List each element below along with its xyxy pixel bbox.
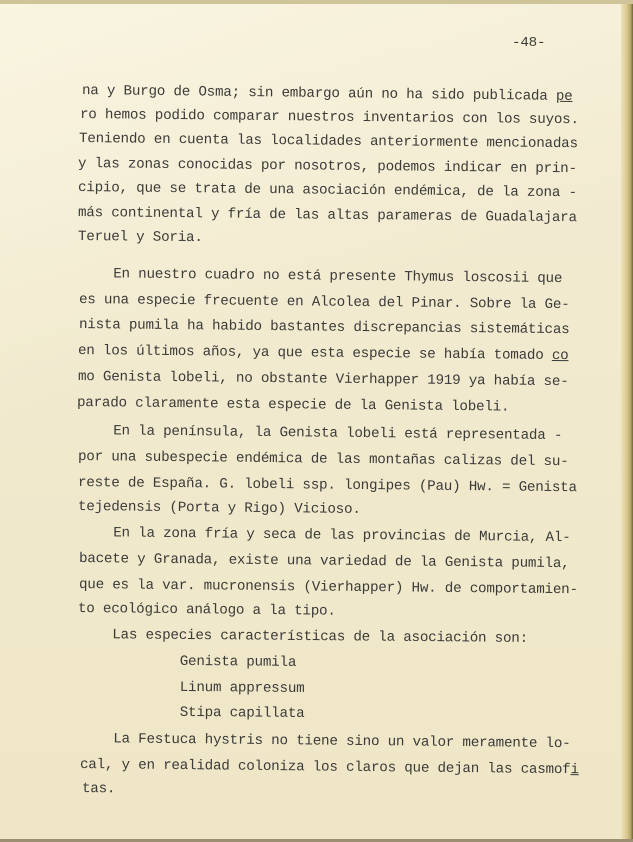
typed-page: -48- na y Burgo de Osma; sin embargo aún…	[0, 0, 633, 842]
text-line: En la zona fría y seca de las provincias…	[80, 526, 571, 545]
text-line: Stipa capillata	[80, 705, 305, 721]
text-line: más continental y fría de las altas para…	[78, 206, 577, 225]
text-line: y las zonas conocidas por nosotros, pode…	[78, 157, 577, 176]
text-line: na y Burgo de Osma; sin embargo aún no h…	[82, 84, 573, 104]
text-line: Teruel y Soria.	[78, 230, 203, 245]
text-line: cipio, que se trata de una asociación en…	[78, 181, 577, 200]
text-line: cal, y en realidad coloniza los claros q…	[80, 758, 579, 777]
text-line: reste de España. G. lobeli ssp. longipes…	[78, 476, 577, 495]
text-line: nista pumila ha habido bastantes discrep…	[79, 318, 570, 337]
text-line: por una subespecie endémica de las monta…	[78, 450, 569, 469]
text-line: En nuestro cuadro no está presente Thymu…	[80, 267, 562, 286]
text-line: mo Genista lobeli, no obstante Vierhappe…	[78, 370, 569, 389]
text-line: ro hemos podido comparar nuestros invent…	[80, 108, 579, 127]
text-line: Teniendo en cuenta las localidades anter…	[79, 132, 578, 151]
text-line: tas.	[82, 782, 115, 797]
text-line: to ecológico análogo a la tipo.	[78, 602, 336, 619]
text-line: Linum appressum	[80, 680, 305, 696]
text-line: parado claramente esta especie de la Gen…	[77, 396, 509, 415]
text-line: La Festuca hystris no tiene sino un valo…	[80, 732, 571, 751]
text-line: Genista pumila	[80, 654, 296, 670]
page-stack-edge	[621, 4, 633, 842]
text-line: que es la var. mucronensis (Vierhapper) …	[79, 578, 578, 597]
text-line: es una especie frecuente en Alcolea del …	[79, 293, 570, 312]
page-number: -48-	[512, 36, 545, 50]
text-line: En la península, la Genista lobeli está …	[80, 424, 562, 443]
text-line: en los últimos años, ya que esta especie…	[78, 344, 569, 363]
text-line: Las especies características de la asoci…	[79, 628, 528, 646]
text-line: bacete y Granada, existe una variedad de…	[79, 552, 570, 571]
text-line: tejedensis (Porta y Rigo) Vicioso.	[78, 500, 361, 517]
